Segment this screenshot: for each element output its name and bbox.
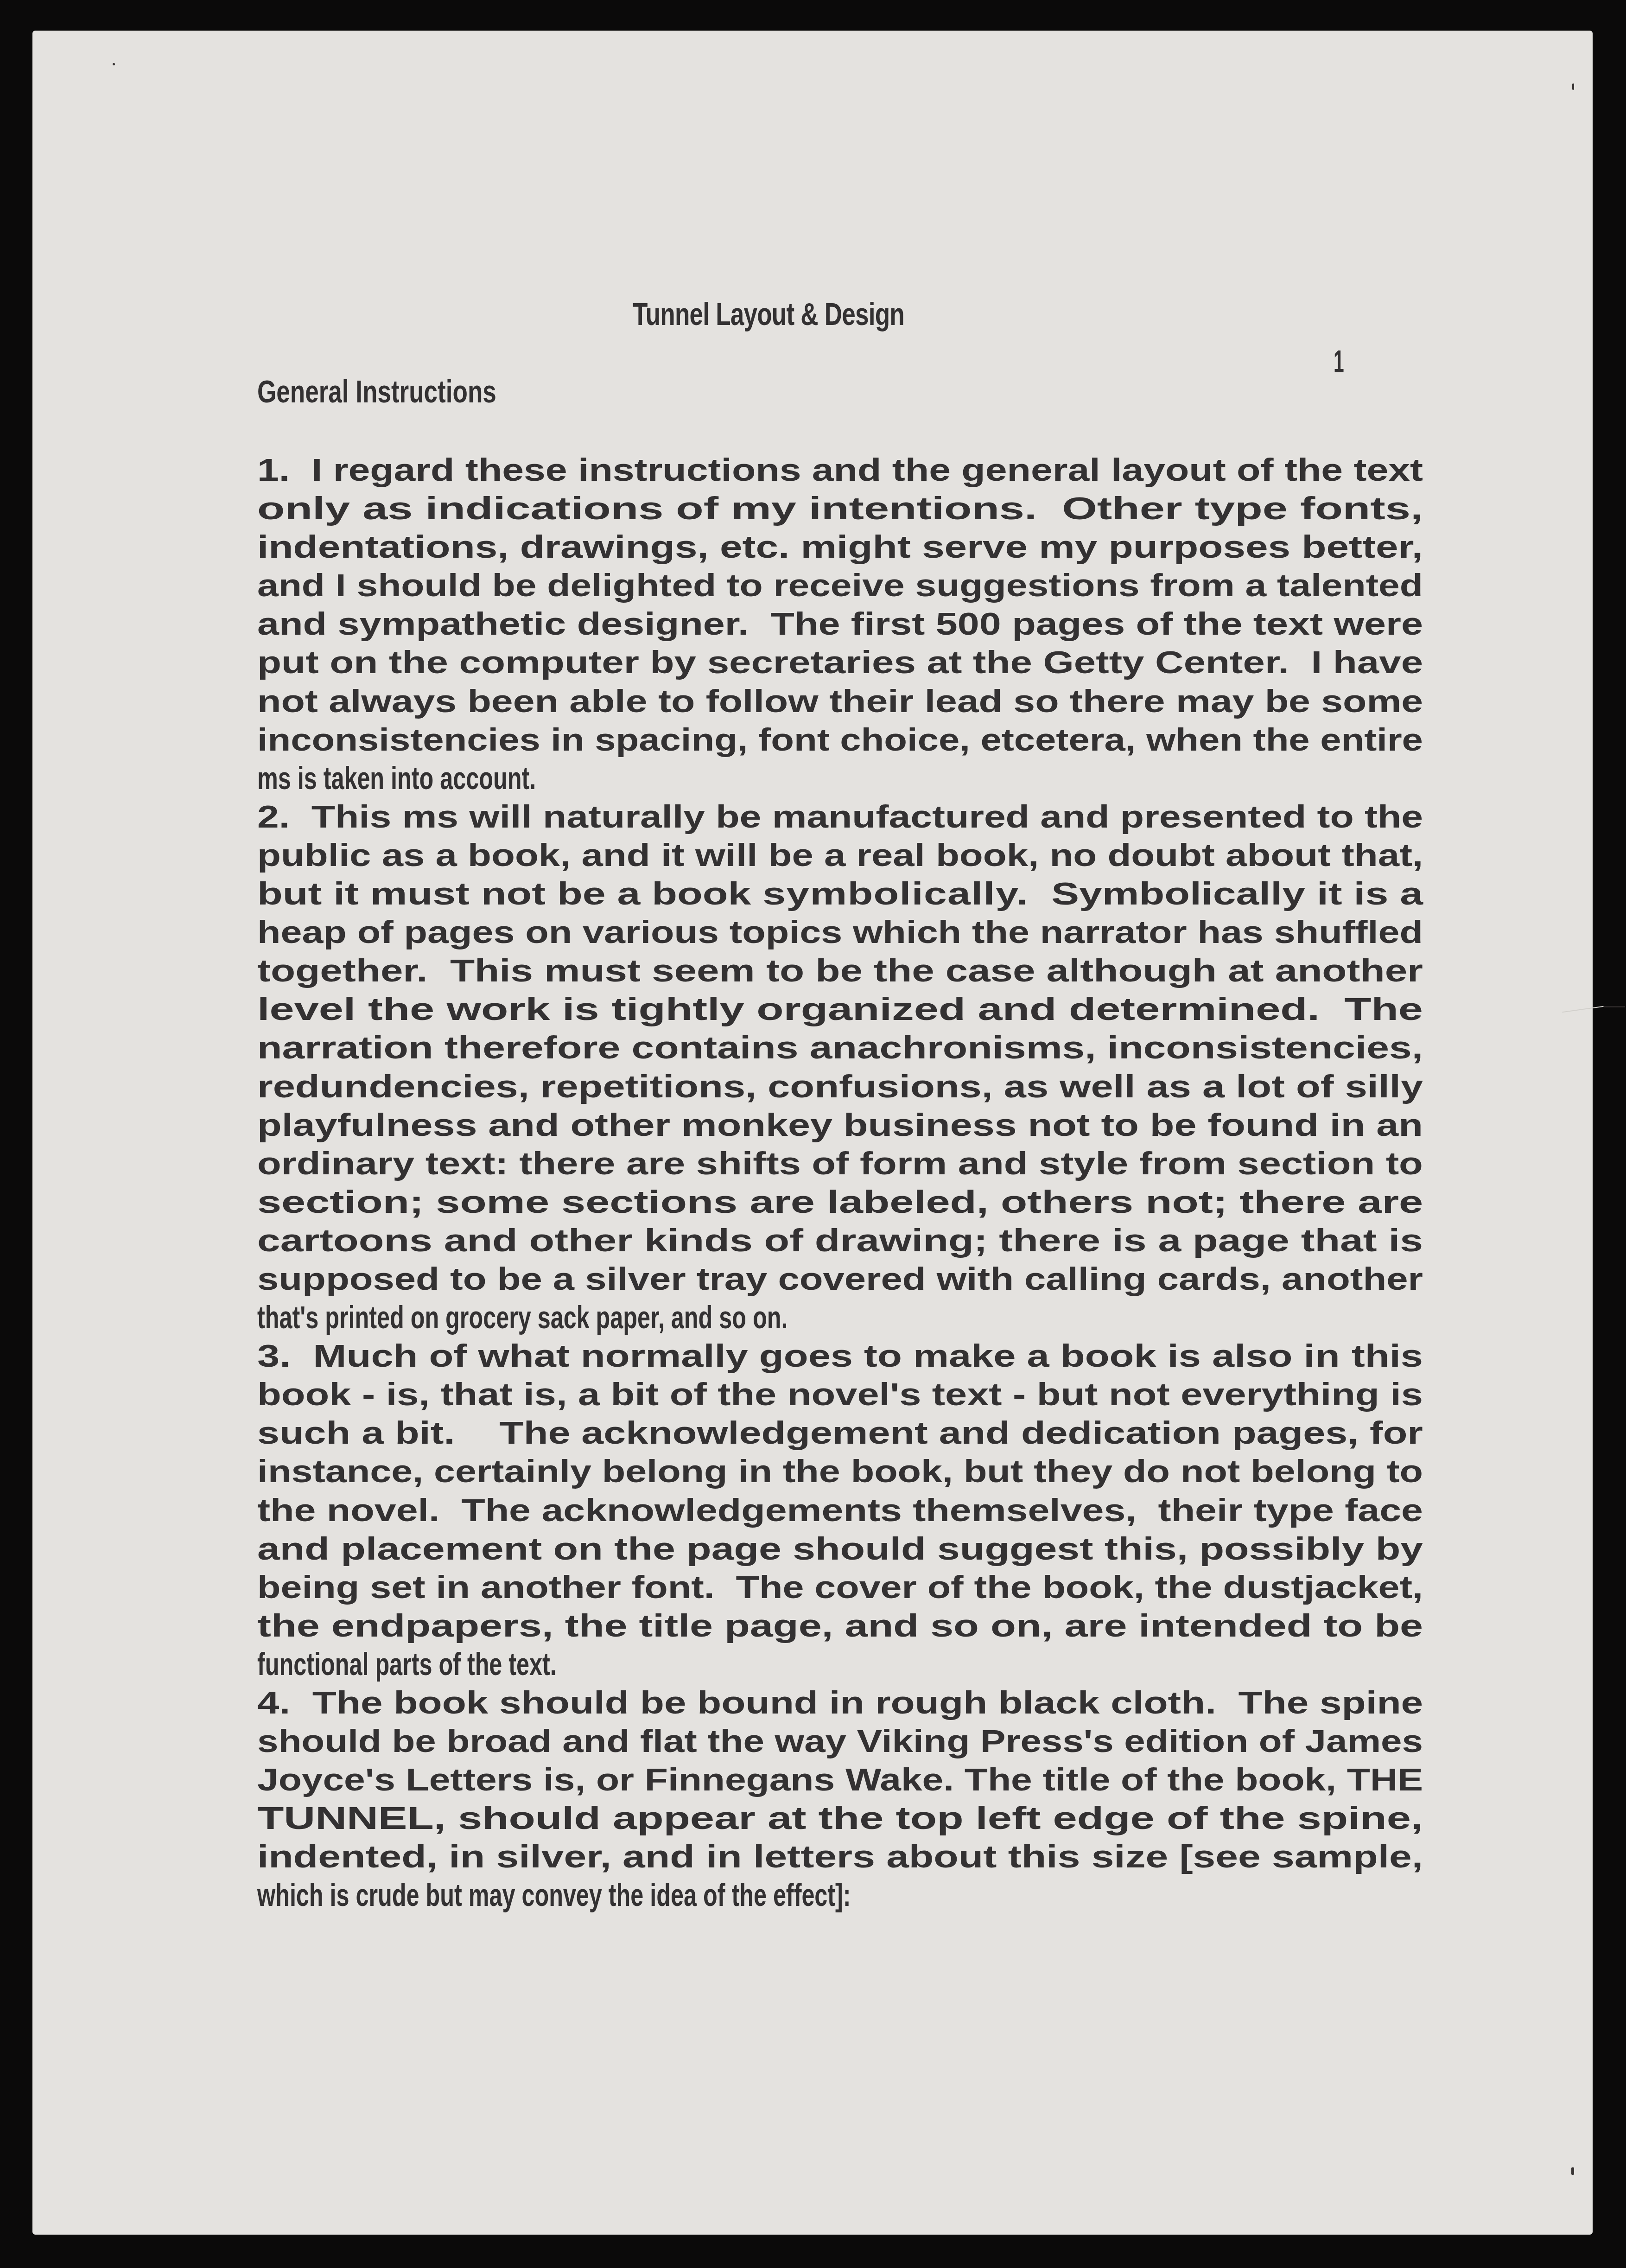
text-run: this: [1340, 1338, 1423, 1374]
text-line-content: level the work is tightly organized and …: [257, 990, 1423, 1029]
text-line-content: ms is taken into account.: [257, 759, 536, 798]
body-text: 1. I regard these instructions and the g…: [257, 451, 1423, 1915]
paper-crease: [1562, 1006, 1603, 1013]
text-run: 4. The book should be bound in rough bla…: [257, 1685, 1423, 1720]
text-line: but it must not be a book symbolically. …: [257, 875, 1423, 913]
text-line: put on the computer by secretaries at th…: [257, 643, 1423, 682]
text-run: public as a book, and it will be a real …: [257, 838, 1423, 873]
document-title: Tunnel Layout & Design: [633, 296, 930, 333]
text-run: such a bit. The acknowledgement and dedi…: [257, 1415, 1423, 1451]
text-line: playfulness and other monkey business no…: [257, 1106, 1423, 1145]
paper-speck: [1572, 83, 1574, 90]
text-line: 3. Much of what normally goes to make a …: [257, 1337, 1423, 1376]
text-line: section; some sections are labeled, othe…: [257, 1183, 1423, 1222]
text-line-content: TUNNEL, should appear at the top left ed…: [257, 1799, 1423, 1838]
text-line-content: cartoons and other kinds of drawing; the…: [257, 1222, 1423, 1260]
text-run: section; some sections are labeled, othe…: [257, 1185, 1423, 1220]
text-line: ordinary text: there are shifts of form …: [257, 1145, 1423, 1183]
text-line: supposed to be a silver tray covered wit…: [257, 1260, 1423, 1299]
text-line: Joyce's Letters is, or Finnegans Wake. T…: [257, 1761, 1423, 1799]
text-line-content: such a bit. The acknowledgement and dedi…: [257, 1414, 1423, 1453]
text-line-content: ordinary text: there are shifts of form …: [257, 1145, 1423, 1183]
text-run: being set in another font. The cover of …: [257, 1570, 1423, 1605]
text-run: indented, in silver, and in letters abou…: [257, 1839, 1423, 1874]
text-line: only as indications of my intentions. Ot…: [257, 490, 1423, 528]
text-line-content: the endpapers, the title page, and so on…: [257, 1607, 1423, 1645]
text-line-content: which is crude but may convey the idea o…: [257, 1876, 851, 1915]
text-line: TUNNEL, should appear at the top left ed…: [257, 1799, 1423, 1838]
text-line-content: playfulness and other monkey business no…: [257, 1106, 1423, 1145]
text-run: only as indications of my intentions. Ot…: [257, 491, 1423, 526]
text-line: level the work is tightly organized and …: [257, 990, 1423, 1029]
text-run: that's printed on grocery sack paper, an…: [257, 1300, 788, 1335]
text-run: instance, certainly belong in the book, …: [257, 1454, 1423, 1489]
paper-edge-tear: [1604, 1006, 1625, 1007]
emphasized-text: symbolically.: [762, 876, 1028, 911]
text-run: not always been able to follow their lea…: [257, 684, 1423, 719]
text-line-content: public as a book, and it will be a real …: [257, 836, 1423, 875]
text-run: functional parts of the text.: [257, 1647, 557, 1682]
text-run: 3. Much of what normally goes to make a …: [257, 1338, 1303, 1374]
text-line: and sympathetic designer. The first 500 …: [257, 605, 1423, 643]
text-line-content: 3. Much of what normally goes to make a …: [257, 1337, 1423, 1376]
text-line-content: functional parts of the text.: [257, 1645, 557, 1684]
text-line-content: book - is, that is, a bit of the novel's…: [257, 1376, 1423, 1414]
text-line-content: 4. The book should be bound in rough bla…: [257, 1684, 1423, 1722]
text-line: and I should be delighted to receive sug…: [257, 567, 1423, 605]
text-run: Joyce's Letters is, or Finnegans Wake. T…: [257, 1762, 1423, 1797]
text-line: 4. The book should be bound in rough bla…: [257, 1684, 1423, 1722]
text-line: and placement on the page should suggest…: [257, 1530, 1423, 1568]
text-run: together. This must seem to be the case …: [257, 953, 1423, 988]
text-line: inconsistencies in spacing, font choice,…: [257, 721, 1423, 759]
text-line-content: indentations, drawings, etc. might serve…: [257, 528, 1423, 567]
text-line: functional parts of the text.: [257, 1645, 1423, 1684]
text-run: TUNNEL, should appear at the top left ed…: [257, 1801, 1423, 1836]
text-line: the novel. The acknowledgements themselv…: [257, 1491, 1423, 1530]
text-line-content: inconsistencies in spacing, font choice,…: [257, 721, 1423, 759]
text-run: which is crude but may convey the idea o…: [257, 1878, 851, 1913]
text-run: the endpapers, the title page, and so on…: [257, 1608, 1423, 1644]
text-run: inconsistencies in spacing, font choice,…: [257, 722, 1423, 758]
text-line-content: heap of pages on various topics which th…: [257, 913, 1423, 952]
text-line: together. This must seem to be the case …: [257, 952, 1423, 990]
text-line: public as a book, and it will be a real …: [257, 836, 1423, 875]
text-line-content: but it must not be a book symbolically. …: [257, 875, 1423, 913]
text-run: and I should be delighted to receive sug…: [257, 568, 1423, 603]
text-line-content: and I should be delighted to receive sug…: [257, 567, 1423, 605]
text-run: supposed to be a silver tray covered wit…: [257, 1261, 1423, 1297]
text-line: redundencies, repetitions, confusions, a…: [257, 1068, 1423, 1106]
text-line-content: put on the computer by secretaries at th…: [257, 643, 1423, 682]
text-run: redundencies, repetitions, confusions, a…: [257, 1069, 1423, 1104]
text-run: 1. I regard these instructions and the g…: [257, 452, 1423, 488]
text-line-content: should be broad and flat the way Viking …: [257, 1722, 1423, 1761]
text-line-content: section; some sections are labeled, othe…: [257, 1183, 1423, 1222]
text-run: indentations, drawings, etc. might serve…: [257, 529, 1423, 565]
section-heading: General Instructions: [257, 373, 496, 410]
text-line-content: the novel. The acknowledgements themselv…: [257, 1491, 1423, 1530]
text-run: should be broad and flat the way Viking …: [257, 1724, 1423, 1759]
text-line: such a bit. The acknowledgement and dedi…: [257, 1414, 1423, 1453]
text-line: narration therefore contains anachronism…: [257, 1029, 1423, 1067]
text-line-content: not always been able to follow their lea…: [257, 682, 1423, 721]
text-line-content: that's printed on grocery sack paper, an…: [257, 1299, 788, 1337]
text-line-content: and sympathetic designer. The first 500 …: [257, 605, 1423, 643]
text-run: level the work is tightly organized and …: [257, 992, 1423, 1027]
text-line: indented, in silver, and in letters abou…: [257, 1838, 1423, 1876]
text-line: book - is, that is, a bit of the novel's…: [257, 1376, 1423, 1414]
text-line-content: only as indications of my intentions. Ot…: [257, 490, 1423, 528]
text-run: ms is taken into account.: [257, 761, 536, 796]
text-line-content: 1. I regard these instructions and the g…: [257, 451, 1423, 490]
paper-speck: [113, 63, 115, 65]
text-run: and sympathetic designer. The first 500 …: [257, 606, 1423, 642]
text-run: ordinary text: there are shifts of form …: [257, 1146, 1423, 1181]
text-line: 1. I regard these instructions and the g…: [257, 451, 1423, 490]
text-run: book - is, that is, a bit of the novel's…: [257, 1377, 1423, 1412]
text-line-content: supposed to be a silver tray covered wit…: [257, 1260, 1423, 1299]
text-run: but it must not be a book: [257, 876, 762, 911]
text-line: indentations, drawings, etc. might serve…: [257, 528, 1423, 567]
page-number: 1: [1334, 343, 1344, 380]
text-line: 2. This ms will naturally be manufacture…: [257, 798, 1423, 836]
text-line-content: indented, in silver, and in letters abou…: [257, 1838, 1423, 1876]
text-line: heap of pages on various topics which th…: [257, 913, 1423, 952]
text-line-content: together. This must seem to be the case …: [257, 952, 1423, 990]
text-line: instance, certainly belong in the book, …: [257, 1453, 1423, 1491]
text-run: 2. This ms will naturally be manufacture…: [257, 799, 1423, 835]
text-run: put on the computer by secretaries at th…: [257, 645, 1423, 680]
text-line-content: redundencies, repetitions, confusions, a…: [257, 1068, 1423, 1106]
text-line: that's printed on grocery sack paper, an…: [257, 1299, 1423, 1337]
text-run: cartoons and other kinds of drawing; the…: [257, 1223, 1423, 1258]
text-line: not always been able to follow their lea…: [257, 682, 1423, 721]
text-line-content: Joyce's Letters is, or Finnegans Wake. T…: [257, 1761, 1423, 1799]
text-line-content: instance, certainly belong in the book, …: [257, 1453, 1423, 1491]
text-line: should be broad and flat the way Viking …: [257, 1722, 1423, 1761]
paper-speck: [1571, 2167, 1574, 2175]
text-run: heap of pages on various topics which th…: [257, 915, 1423, 950]
text-run: narration therefore contains anachronism…: [257, 1030, 1423, 1065]
text-line: which is crude but may convey the idea o…: [257, 1876, 1423, 1915]
text-line: cartoons and other kinds of drawing; the…: [257, 1222, 1423, 1260]
text-line-content: narration therefore contains anachronism…: [257, 1029, 1423, 1067]
text-run: and placement on the page should suggest…: [257, 1531, 1423, 1567]
emphasized-text: in: [1303, 1338, 1340, 1374]
text-line: being set in another font. The cover of …: [257, 1568, 1423, 1607]
text-line: ms is taken into account.: [257, 759, 1423, 798]
text-line-content: being set in another font. The cover of …: [257, 1568, 1423, 1607]
text-line: the endpapers, the title page, and so on…: [257, 1607, 1423, 1645]
text-run: playfulness and other monkey business no…: [257, 1108, 1423, 1143]
text-line-content: and placement on the page should suggest…: [257, 1530, 1423, 1568]
text-run: Symbolically it is a: [1028, 876, 1423, 911]
text-line-content: 2. This ms will naturally be manufacture…: [257, 798, 1423, 836]
text-run: the novel. The acknowledgements themselv…: [257, 1493, 1423, 1528]
